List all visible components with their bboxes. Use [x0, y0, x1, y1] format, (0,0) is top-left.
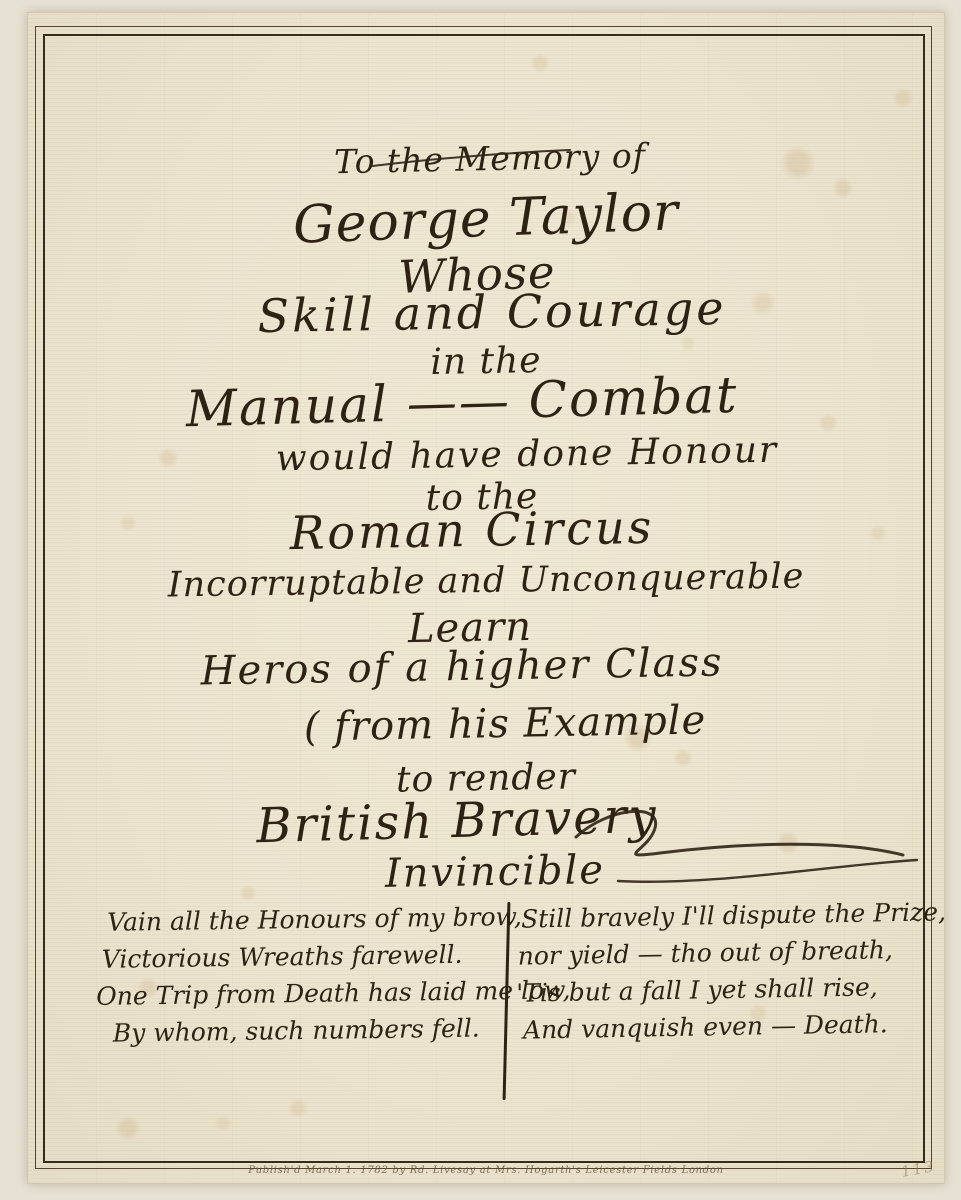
epitaph-line: And vanquish even — Death.	[523, 1004, 938, 1048]
epitaph-line: One Trip from Death has laid me low,	[96, 972, 510, 1015]
epitaph-right-stanza: Still bravely I'll dispute the Prize, no…	[519, 893, 938, 1048]
publication-imprint: Publish'd March 1. 1782 by Rd. Livesay a…	[28, 1165, 944, 1176]
plate-number-annotation: 113	[900, 1157, 937, 1181]
title-line: ( from his Example	[47, 693, 961, 755]
epitaph-left-stanza: Vain all the Honours of my brow, Victori…	[97, 898, 511, 1052]
epitaph-line: By whom, such numbers fell.	[113, 1009, 511, 1052]
epitaph-line: Victorious Wreaths farewell.	[102, 935, 510, 978]
paper-sheet: To the Memory of George Taylor Whose Ski…	[27, 12, 945, 1184]
epitaph-line: Vain all the Honours of my brow,	[107, 898, 509, 941]
